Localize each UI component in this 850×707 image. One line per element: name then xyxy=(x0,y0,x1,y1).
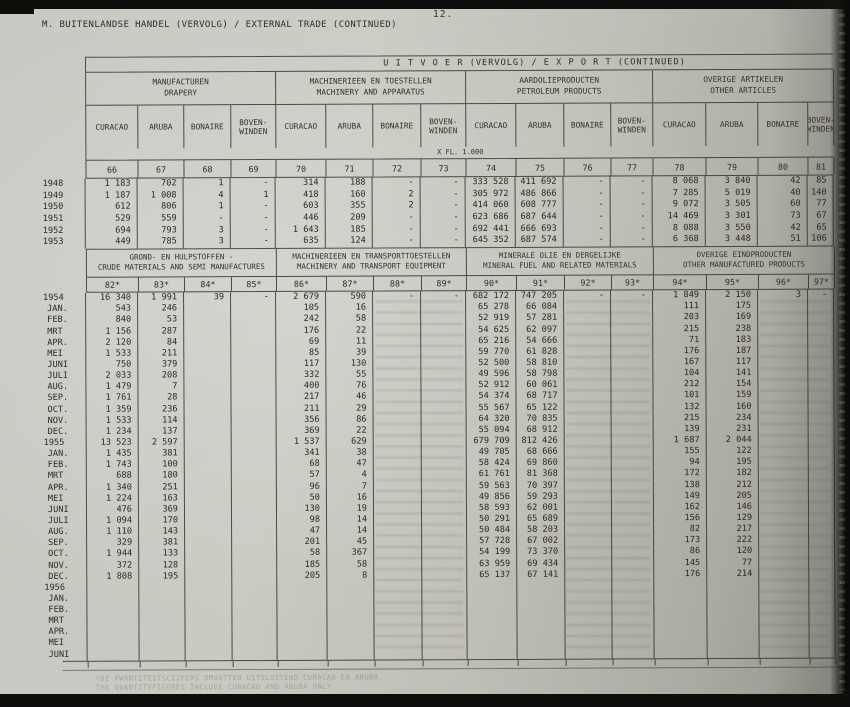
table-cell: 81 368 xyxy=(517,469,565,480)
group-label-en: MACHINERY AND APPARATUS xyxy=(276,86,465,98)
table-cell: 208 xyxy=(138,370,184,381)
table-cell xyxy=(760,635,810,646)
table-cell xyxy=(373,336,421,347)
row-label: OCT. xyxy=(40,549,87,560)
table-cell xyxy=(565,458,612,469)
table-cell xyxy=(231,392,276,403)
table-cell: 246 xyxy=(138,304,184,315)
table-cell xyxy=(758,345,808,356)
table-cell: 209 xyxy=(326,213,373,225)
island-header-curacao: CURACAO xyxy=(86,106,138,149)
table-cell xyxy=(87,627,139,638)
table-cell xyxy=(232,459,277,470)
table-cell: 55 094 xyxy=(467,425,517,436)
table-cell xyxy=(374,436,422,447)
table-cell: - xyxy=(421,189,466,201)
table-cell: 1 537 xyxy=(277,437,327,448)
table-cell xyxy=(611,368,653,379)
table-cell: 69 xyxy=(276,336,326,347)
table-cell: 173 xyxy=(654,535,707,546)
table-cell: 2 xyxy=(373,201,421,213)
table-cell: 1 183 xyxy=(86,179,138,191)
table-cell: 476 xyxy=(87,504,139,515)
table-cell xyxy=(565,435,612,446)
island-header-aruba: ARUBA xyxy=(706,103,758,146)
table-cell: 45 xyxy=(327,537,374,548)
group-label-en: PETROLEUM PRODUCTS xyxy=(466,85,652,97)
table-cell xyxy=(185,582,232,593)
table-cell: 379 xyxy=(138,359,184,370)
table-cell: 59 563 xyxy=(467,480,517,491)
table-cell xyxy=(707,602,759,613)
table-cell xyxy=(232,481,277,492)
table-cell xyxy=(231,359,276,370)
table-cell xyxy=(611,302,653,313)
table-cell xyxy=(373,381,421,392)
group-label-en: MINERAL FUEL AND RELATED MATERIALS xyxy=(467,260,653,271)
table-cell xyxy=(612,513,654,524)
table-cell: - xyxy=(421,177,466,189)
table-cell: 3 448 xyxy=(706,234,758,246)
table-cell: 51 xyxy=(758,234,808,246)
row-label: 1951 xyxy=(39,214,86,226)
island-header-aruba: ARUBA xyxy=(138,105,184,148)
table-cell: 5 019 xyxy=(706,188,758,200)
row-label: NOV. xyxy=(40,560,87,571)
row-label: JULI xyxy=(39,371,86,382)
table-cell xyxy=(185,549,232,560)
footnote: *DE KWANTITEITSCIJFERS OMVATTEN UITSLUIT… xyxy=(96,671,836,692)
table-cell xyxy=(564,391,611,402)
table-cell: 65 278 xyxy=(466,302,516,313)
column-number: 77 xyxy=(611,158,653,175)
table-cell: 1 xyxy=(184,202,231,214)
table-cell xyxy=(232,515,277,526)
table-cell: 806 xyxy=(138,202,184,214)
table-cell: 314 xyxy=(276,178,326,190)
table-cell: 58 810 xyxy=(516,358,564,369)
table-cell: 172 xyxy=(654,468,707,479)
table-cell: 155 xyxy=(654,446,707,457)
table-cell: 332 xyxy=(276,370,326,381)
table-cell xyxy=(278,648,328,659)
scan-edge-bottom xyxy=(0,694,850,707)
table-cell xyxy=(517,614,565,625)
table-cell xyxy=(611,313,653,324)
table-cell: - xyxy=(611,188,653,200)
table-cell: - xyxy=(564,188,611,200)
table-cell: 39 xyxy=(184,292,231,303)
table-cell: - xyxy=(564,177,611,189)
table-cell: 176 xyxy=(653,346,706,357)
row-label: SEP. xyxy=(40,538,87,549)
table-cell xyxy=(758,334,808,345)
table-cell xyxy=(185,627,232,638)
table-cell xyxy=(185,448,232,459)
table-cell xyxy=(374,492,422,503)
table-cell: 149 xyxy=(654,491,707,502)
table-cell xyxy=(566,636,613,647)
table-cell: 62 001 xyxy=(517,503,565,514)
table-cell xyxy=(467,625,517,636)
table-cell: - xyxy=(611,176,653,188)
table-cell: 1 743 xyxy=(87,460,139,471)
table-cell: 59 293 xyxy=(517,491,565,502)
table-cell: 217 xyxy=(276,392,326,403)
table-cell: 13 523 xyxy=(87,438,139,449)
table-cell xyxy=(422,481,467,492)
table-cell: - xyxy=(373,291,421,302)
table-cell: - xyxy=(231,201,276,213)
table-cell xyxy=(421,369,466,380)
table-cell xyxy=(232,559,277,570)
table-cell xyxy=(759,557,809,568)
table-cell: 840 xyxy=(86,315,138,326)
table-cell: 750 xyxy=(86,360,138,371)
table-cell: 58 203 xyxy=(517,525,565,536)
table-cell: 411 692 xyxy=(516,177,564,189)
table-cell xyxy=(422,603,467,614)
table-cell xyxy=(139,616,185,627)
table-cell xyxy=(185,615,232,626)
row-label: SEP. xyxy=(39,393,86,404)
table-cell xyxy=(612,480,654,491)
table-cell xyxy=(612,424,654,435)
table-cell: 201 xyxy=(277,537,327,548)
table-cell xyxy=(421,380,466,391)
table-cell xyxy=(88,649,140,660)
table-cell xyxy=(231,326,276,337)
table-cell xyxy=(231,370,276,381)
table-cell: - xyxy=(231,292,276,303)
table-cell xyxy=(759,546,809,557)
column-number: 70 xyxy=(276,160,326,177)
table-cell xyxy=(422,492,467,503)
table-cell: 372 xyxy=(87,560,139,571)
table-cell: 215 xyxy=(654,413,707,424)
table-cell: 111 xyxy=(653,301,706,312)
table-cell xyxy=(611,324,653,335)
table-cell: 59 770 xyxy=(466,347,516,358)
table-cell: 71 xyxy=(653,335,706,346)
table-cell: 145 xyxy=(654,558,707,569)
table-cell xyxy=(759,579,809,590)
table-cell: 2 120 xyxy=(86,337,138,348)
table-cell xyxy=(468,636,518,647)
table-cell xyxy=(612,524,654,535)
table-cell: - xyxy=(564,235,611,247)
table-cell: - xyxy=(421,236,466,248)
table-cell: 2 597 xyxy=(139,437,185,448)
group-aardolieproducten: AARDOLIEPRODUCTEN PETROLEUM PRODUCTS xyxy=(466,70,653,104)
column-number: 68 xyxy=(184,160,231,177)
table-cell xyxy=(758,312,808,323)
table-cell xyxy=(88,638,140,649)
table-cell: 3 xyxy=(184,225,231,237)
table-cell xyxy=(185,604,232,615)
table-cell: 139 xyxy=(654,424,707,435)
table-cell: 217 xyxy=(707,524,759,535)
table-cell: 180 xyxy=(139,471,185,482)
table-cell: 688 xyxy=(87,471,139,482)
table-cell xyxy=(184,326,231,337)
row-label: MEI xyxy=(39,349,86,360)
table-cell: 1 808 xyxy=(87,571,139,582)
table-cell: 211 xyxy=(138,348,184,359)
table-cell xyxy=(374,570,422,581)
table-cell xyxy=(232,537,277,548)
table-cell: 29 xyxy=(327,403,374,414)
table-cell: 50 291 xyxy=(467,514,517,525)
table-cell: 67 141 xyxy=(517,569,565,580)
table-cell xyxy=(374,603,422,614)
row-label: JAN. xyxy=(40,449,87,460)
island-header-curacao: CURACAO xyxy=(653,103,706,146)
table-cell: 65 122 xyxy=(517,402,565,413)
table-cell xyxy=(611,391,653,402)
page-number: 12. xyxy=(433,9,453,20)
table-cell xyxy=(139,604,185,615)
table-cell: 160 xyxy=(326,189,373,201)
table-cell: 86 xyxy=(327,414,374,425)
table-cell xyxy=(231,314,276,325)
table-cell xyxy=(612,435,654,446)
row-label: MEI xyxy=(40,493,87,504)
table-cell xyxy=(374,503,422,514)
table-cell xyxy=(232,470,277,481)
table-cell xyxy=(327,626,374,637)
table-cell: 449 xyxy=(86,237,138,249)
block2-group-header-row: GROND- EN HULPSTOFFEN - CRUDE MATERIALS … xyxy=(86,246,834,278)
table-cell: 42 xyxy=(758,222,808,234)
table-cell xyxy=(613,647,655,658)
table-cell: 96 xyxy=(277,481,327,492)
table-cell: 47 xyxy=(277,526,327,537)
island-header-aruba: ARUBA xyxy=(516,104,564,147)
table-cell: 2 150 xyxy=(706,290,758,301)
table-cell: 16 xyxy=(326,303,373,314)
table-cell xyxy=(373,347,421,358)
table-cell xyxy=(232,593,277,604)
table-cell: 76 xyxy=(326,381,373,392)
table-cell: - xyxy=(611,211,653,223)
table-cell: 28 xyxy=(138,393,184,404)
table-cell: 666 693 xyxy=(516,223,564,235)
row-label: 1954 xyxy=(39,293,86,304)
table-cell xyxy=(373,314,421,325)
table-cell xyxy=(564,302,611,313)
table-cell xyxy=(422,403,467,414)
table-cell xyxy=(707,580,759,591)
table-cell xyxy=(423,637,468,648)
table-cell xyxy=(612,602,654,613)
table-cell: 55 567 xyxy=(467,402,517,413)
table-cell: 341 xyxy=(277,448,327,459)
table-cell xyxy=(759,412,809,423)
table-cell: 82 xyxy=(654,524,707,535)
table-cell: 49 596 xyxy=(466,369,516,380)
table-cell: 1 849 xyxy=(653,290,706,301)
table-cell xyxy=(375,637,423,648)
table-cell: 1 435 xyxy=(87,449,139,460)
table-cell xyxy=(232,571,277,582)
table-cell xyxy=(374,403,422,414)
table-cell xyxy=(612,469,654,480)
table-cell: 369 xyxy=(277,426,327,437)
table-cell xyxy=(612,402,654,413)
table-cell xyxy=(185,437,232,448)
table-cell xyxy=(184,370,231,381)
table-cell xyxy=(185,526,232,537)
table-cell xyxy=(374,525,422,536)
table-cell: 94 xyxy=(654,457,707,468)
table-cell: - xyxy=(421,224,466,236)
bottom-tick xyxy=(810,658,811,664)
column-number: 94* xyxy=(654,275,707,289)
island-header-bonaire: BONAIRE xyxy=(758,103,808,146)
document-title: M. BUITENLANDSE HANDEL (VERVOLG) / EXTER… xyxy=(42,20,397,30)
table-cell: 188 xyxy=(326,178,373,190)
table-cell: 236 xyxy=(139,404,185,415)
table-cell xyxy=(232,415,277,426)
table-cell xyxy=(373,369,421,380)
table-cell xyxy=(233,637,278,648)
table-cell xyxy=(185,471,232,482)
column-number: 78 xyxy=(653,158,706,175)
table-cell xyxy=(232,403,277,414)
table-cell: - xyxy=(611,235,653,247)
table-cell: 381 xyxy=(139,448,185,459)
table-cell: 623 686 xyxy=(466,212,516,224)
island-header-bovenwinden: BOVEN- WINDEN xyxy=(421,104,466,147)
table-cell xyxy=(467,614,517,625)
table-cell: 1 xyxy=(231,190,276,202)
island-header-bovenwinden: BOVEN- WINDEN xyxy=(231,105,276,148)
table-cell xyxy=(566,647,613,658)
group-label-en: DRAPERY xyxy=(86,87,275,99)
table-cell: 133 xyxy=(139,549,185,560)
table-cell xyxy=(468,648,518,659)
table-cell xyxy=(611,346,653,357)
table-cell: 793 xyxy=(138,225,184,237)
table-cell xyxy=(277,615,327,626)
group-label-en: OTHER ARTICLES xyxy=(653,85,833,97)
table-cell xyxy=(518,647,566,658)
table-cell xyxy=(565,513,612,524)
table-cell xyxy=(421,314,466,325)
table-cell: 52 500 xyxy=(466,358,516,369)
table-cell xyxy=(185,459,232,470)
row-label: AUG. xyxy=(40,527,87,538)
table-cell: 60 xyxy=(758,199,808,211)
table-cell xyxy=(185,482,232,493)
table-cell: 1 533 xyxy=(86,348,138,359)
table-cell: 7 xyxy=(327,481,374,492)
block1-rows: 19481 1837021-314188--333 528411 692--8 … xyxy=(39,176,834,250)
table-cell xyxy=(467,603,517,614)
table-cell xyxy=(564,357,611,368)
table-cell xyxy=(612,558,654,569)
table-cell: 19 xyxy=(327,503,374,514)
table-cell xyxy=(612,536,654,547)
table-cell xyxy=(374,414,422,425)
table-cell: 185 xyxy=(277,559,327,570)
table-cell xyxy=(421,347,466,358)
table-cell: 68 666 xyxy=(517,447,565,458)
table-cell xyxy=(518,636,566,647)
table-cell xyxy=(232,493,277,504)
table-cell: 14 xyxy=(327,514,374,525)
table-cell: 84 xyxy=(138,337,184,348)
table-cell xyxy=(185,537,232,548)
table-cell: - xyxy=(564,291,611,302)
table-cell: 22 xyxy=(327,425,374,436)
bottom-tick xyxy=(423,660,424,666)
bottom-tick xyxy=(140,661,141,667)
table-cell: 3 505 xyxy=(706,199,758,211)
table-cell: 446 xyxy=(276,213,326,225)
table-cell: 812 426 xyxy=(517,436,565,447)
table-cell xyxy=(374,425,422,436)
column-number: 87* xyxy=(327,277,374,291)
table-cell: 50 484 xyxy=(467,525,517,536)
row-label: APR. xyxy=(40,482,87,493)
table-cell xyxy=(87,616,139,627)
table-cell xyxy=(759,535,809,546)
table-cell: 329 xyxy=(87,538,139,549)
column-number: 67 xyxy=(138,160,184,177)
table-cell: - xyxy=(611,200,653,212)
table-cell xyxy=(232,548,277,559)
column-number: 75 xyxy=(516,159,564,176)
group-label-en: CRUDE MATERIALS AND SEMI MANUFACTURES xyxy=(87,262,276,273)
table-cell xyxy=(654,602,707,613)
scan-edge-top xyxy=(0,0,850,9)
table-cell: 187 xyxy=(706,346,758,357)
group-label-en: MACHINERY AND TRANSPORT EQUIPMENT xyxy=(277,261,466,272)
row-label: FEB. xyxy=(40,605,87,616)
table-cell xyxy=(564,335,611,346)
table-cell: 65 216 xyxy=(466,336,516,347)
table-cell: 629 xyxy=(327,436,374,447)
table-cell: - xyxy=(421,212,466,224)
table-cell: 333 528 xyxy=(466,177,516,189)
table-cell: 603 xyxy=(276,201,326,213)
island-header-bonaire: BONAIRE xyxy=(373,104,421,147)
table-cell: 3 xyxy=(758,290,808,301)
table-cell xyxy=(759,613,809,624)
table-cell: 60 061 xyxy=(516,380,564,391)
table-cell xyxy=(758,301,808,312)
table-cell xyxy=(565,447,612,458)
block1-group-header-row: MANUFACTUREN DRAPERY MACHINERIEEN EN TOE… xyxy=(85,70,833,106)
row-label: AUG. xyxy=(39,382,86,393)
table-cell xyxy=(759,524,809,535)
table-cell: 54 666 xyxy=(516,335,564,346)
column-number: 90* xyxy=(467,276,517,290)
table-cell: 205 xyxy=(277,570,327,581)
table-cell: 14 469 xyxy=(653,211,706,223)
table-cell: 3 840 xyxy=(706,176,758,188)
table-cell: 400 xyxy=(276,381,326,392)
table-cell xyxy=(612,547,654,558)
table-cell xyxy=(186,649,233,660)
table-cell: 61 761 xyxy=(467,469,517,480)
table-cell xyxy=(422,570,467,581)
table-cell: 63 959 xyxy=(467,558,517,569)
table-cell xyxy=(565,625,612,636)
table-cell: 69 434 xyxy=(517,558,565,569)
